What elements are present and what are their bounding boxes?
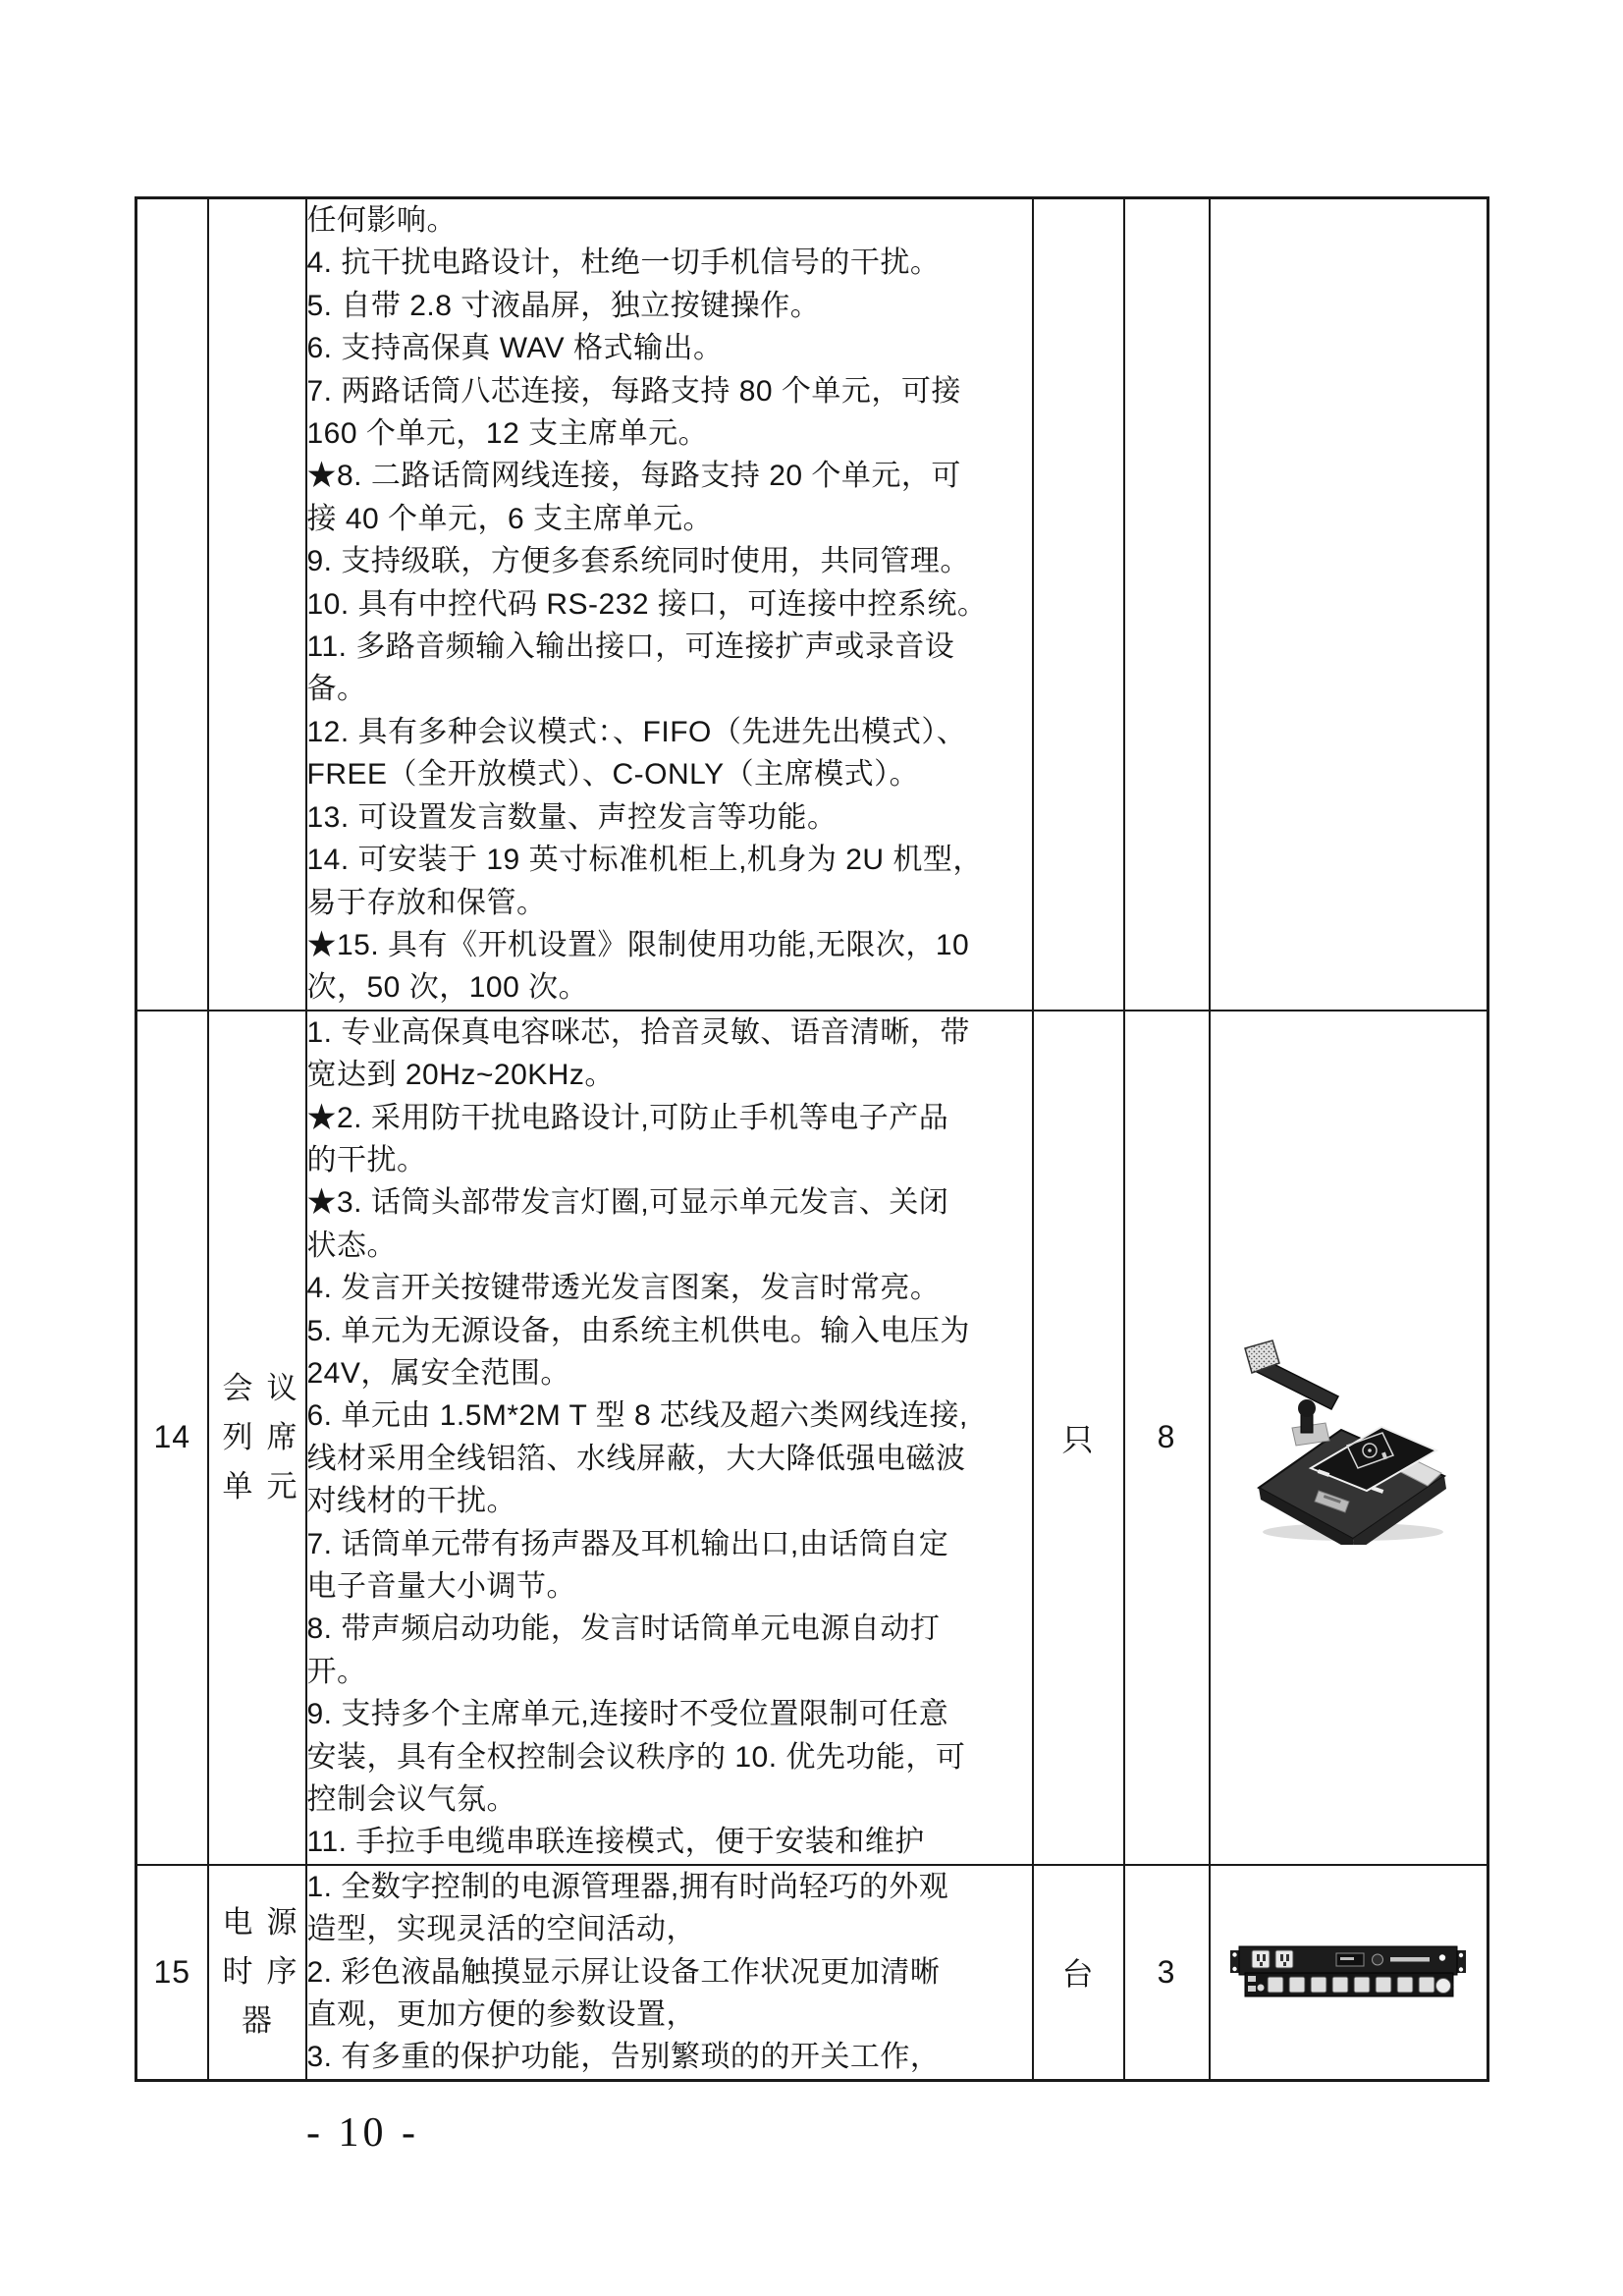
text-line: 9. 支持多个主席单元,连接时不受位置限制可任意 [307, 1693, 1032, 1735]
text-line: 2. 彩色液晶触摸显示屏让设备工作状况更加清晰 [307, 1951, 1032, 1994]
text-line: 12. 具有多种会议模式：、FIFO（先进先出模式）、 [307, 711, 1032, 753]
text-line: 8. 带声频启动功能，发言时话筒单元电源自动打 [307, 1608, 1032, 1650]
text-line: 控制会议气氛。 [307, 1778, 1032, 1821]
power-knob [1436, 1979, 1451, 1994]
text-line: 6. 单元由 1.5M*2M T 型 8 芯线及超六类网线连接, [307, 1394, 1032, 1437]
text-line: 对线材的干扰。 [307, 1480, 1032, 1522]
equipment-spec-table: 任何影响。4. 抗干扰电路设计，杜绝一切手机信号的干扰。5. 自带 2.8 寸液… [135, 196, 1489, 2082]
text-line: 单元 [209, 1462, 305, 1511]
text-line: ★8. 二路话筒网线连接，每路支持 20 个单元，可 [307, 455, 1032, 497]
text-line: 安装，具有全权控制会议秩序的 10. 优先功能，可 [307, 1736, 1032, 1778]
text-line: 备。 [307, 668, 1032, 710]
text-line: 5. 单元为无源设备，由系统主机供电。输入电压为 [307, 1310, 1032, 1352]
item-spec-cell: 任何影响。4. 抗干扰电路设计，杜绝一切手机信号的干扰。5. 自带 2.8 寸液… [306, 198, 1033, 1011]
item-spec-cell: 1. 全数字控制的电源管理器,拥有时尚轻巧的外观造型，实现灵活的空间活动，2. … [306, 1865, 1033, 2081]
text-line: ★3. 话筒头部带发言灯圈,可显示单元发言、关闭 [307, 1181, 1032, 1224]
text-line: 任何影响。 [307, 199, 1032, 242]
text-line: 4. 发言开关按键带透光发言图案，发言时常亮。 [307, 1267, 1032, 1309]
table-row-item-14: 14 会议列席单元 1. 专业高保真电容咪芯，拾音灵敏、语音清晰，带宽达到 20… [136, 1011, 1488, 1865]
conference-microphone-photo [1243, 1331, 1453, 1545]
text-line: FREE（全开放模式）、C-ONLY（主席模式）。 [307, 753, 1032, 795]
text-line: 宽达到 20Hz~20KHz。 [307, 1054, 1032, 1096]
power-sequencer-photo [1230, 1945, 1466, 1998]
item-number-cell [136, 198, 208, 1011]
text-line: 接 40 个单元，6 支主席单元。 [307, 498, 1032, 540]
document-page: 任何影响。4. 抗干扰电路设计，杜绝一切手机信号的干扰。5. 自带 2.8 寸液… [0, 0, 1623, 2296]
item-unit-cell: 只 [1033, 1011, 1124, 1865]
text-line: 开。 [307, 1651, 1032, 1693]
text-line: ★15. 具有《开机设置》限制使用功能,无限次，10 [307, 924, 1032, 966]
item-name-cell [208, 198, 306, 1011]
text-line: 次，50 次，100 次。 [307, 966, 1032, 1009]
item-image-cell [1210, 1865, 1488, 2081]
text-line: 会议 [209, 1364, 305, 1413]
text-line: 7. 话筒单元带有扬声器及耳机输出口,由话筒自定 [307, 1523, 1032, 1565]
text-line: 10. 具有中控代码 RS-232 接口，可连接中控系统。 [307, 583, 1032, 626]
text-line: 电子音量大小调节。 [307, 1565, 1032, 1608]
text-line: 列席 [209, 1413, 305, 1462]
text-line: 6. 支持高保真 WAV 格式输出。 [307, 327, 1032, 369]
item-unit-cell: 台 [1033, 1865, 1124, 2081]
table-row-continuation: 任何影响。4. 抗干扰电路设计，杜绝一切手机信号的干扰。5. 自带 2.8 寸液… [136, 198, 1488, 1011]
text-line: 的干扰。 [307, 1139, 1032, 1181]
text-line: 11. 多路音频输入输出接口，可连接扩声或录音设 [307, 626, 1032, 668]
text-line: 线材采用全线铝箔、水线屏蔽，大大降低强电磁波 [307, 1438, 1032, 1480]
text-line: 器 [209, 1996, 305, 2046]
text-line: 160 个单元，12 支主席单元。 [307, 412, 1032, 455]
text-line: 11. 手拉手电缆串联连接模式，便于安装和维护 [307, 1821, 1032, 1863]
text-line: 易于存放和保管。 [307, 882, 1032, 924]
text-line: ★2. 采用防干扰电路设计,可防止手机等电子产品 [307, 1097, 1032, 1139]
text-line: 1. 全数字控制的电源管理器,拥有时尚轻巧的外观 [307, 1866, 1032, 1908]
item-name-cell: 会议列席单元 [208, 1011, 306, 1865]
item-quantity-cell: 8 [1124, 1011, 1210, 1865]
text-line: 24V，属安全范围。 [307, 1352, 1032, 1394]
text-line: 13. 可设置发言数量、声控发言等功能。 [307, 796, 1032, 839]
item-image-cell [1210, 1011, 1488, 1865]
text-line: 电源 [209, 1898, 305, 1947]
item-name-cell: 电源时序器 [208, 1865, 306, 2081]
text-line: 9. 支持级联，方便多套系统同时使用，共同管理。 [307, 540, 1032, 582]
text-line: 造型，实现灵活的空间活动， [307, 1908, 1032, 1950]
text-line: 直观，更加方便的参数设置， [307, 1994, 1032, 2036]
text-line: 7. 两路话筒八芯连接，每路支持 80 个单元，可接 [307, 370, 1032, 412]
mic-ball-joint [1298, 1399, 1316, 1417]
item-number-cell: 14 [136, 1011, 208, 1865]
item-spec-cell: 1. 专业高保真电容咪芯，拾音灵敏、语音清晰，带宽达到 20Hz~20KHz。★… [306, 1011, 1033, 1865]
table-row-item-15: 15 电源时序器 1. 全数字控制的电源管理器,拥有时尚轻巧的外观造型，实现灵活… [136, 1865, 1488, 2081]
item-number-cell: 15 [136, 1865, 208, 2081]
text-line: 14. 可安装于 19 英寸标准机柜上,机身为 2U 机型， [307, 839, 1032, 881]
item-quantity-cell [1124, 198, 1210, 1011]
item-image-cell [1210, 198, 1488, 1011]
item-quantity-cell: 3 [1124, 1865, 1210, 2081]
text-line: 1. 专业高保真电容咪芯，拾音灵敏、语音清晰，带 [307, 1011, 1032, 1054]
text-line: 4. 抗干扰电路设计，杜绝一切手机信号的干扰。 [307, 242, 1032, 284]
item-unit-cell [1033, 198, 1124, 1011]
text-line: 时序 [209, 1947, 305, 1996]
text-line: 5. 自带 2.8 寸液晶屏，独立按键操作。 [307, 285, 1032, 327]
page-number: - 10 - [306, 2109, 419, 2157]
text-line: 状态。 [307, 1225, 1032, 1267]
text-line: 3. 有多重的保护功能，告别繁琐的的开关工作， [307, 2036, 1032, 2078]
